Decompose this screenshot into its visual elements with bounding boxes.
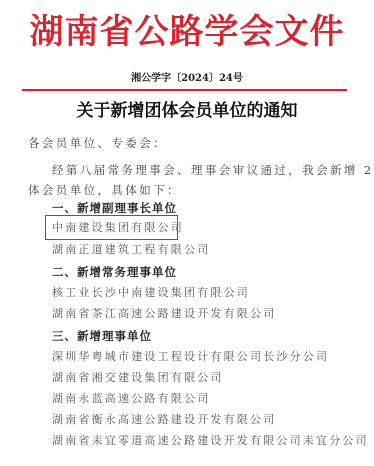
body-line-2: 体会员单位，具体如下：	[28, 182, 181, 198]
unit-item: 核工业长沙中南建设集团有限公司	[52, 285, 250, 301]
unit-item: 湖南省湘交建设集团有限公司	[52, 370, 224, 386]
section-heading-director: 三、新增理事单位	[52, 328, 152, 344]
unit-item: 湖南正道建筑工程有限公司	[52, 242, 210, 258]
notice-title: 关于新增团体会员单位的通知	[0, 101, 374, 121]
salutation: 各会员单位、专委会：	[28, 135, 167, 151]
unit-item: 中南建设集团有限公司	[52, 220, 184, 236]
unit-item: 深圳华粤城市建设工程设计有限公司长沙分公司	[52, 349, 329, 365]
unit-item: 湖南省茶江高速公路建设开发有限公司	[52, 306, 276, 322]
unit-item: 湖南省衡永高速公路建设开发有限公司	[52, 412, 276, 428]
document-number: 湘公学字〔2024〕24号	[0, 72, 374, 86]
body-line-1: 经第八届常务理事会、理事会审议通过，我会新增 22 家团	[52, 162, 374, 178]
document-header-title: 湖南省公路学会文件	[0, 12, 374, 52]
section-heading-vice-chair: 一、新增副理事长单位	[52, 200, 177, 216]
section-heading-standing-director: 二、新增常务理事单位	[52, 264, 177, 280]
header-divider	[22, 89, 347, 91]
unit-item: 湖南省耒宜零道高速公路建设开发有限公司耒宜分公司	[52, 433, 369, 449]
unit-item: 湖南永蓝高速公路有限公司	[52, 391, 210, 407]
